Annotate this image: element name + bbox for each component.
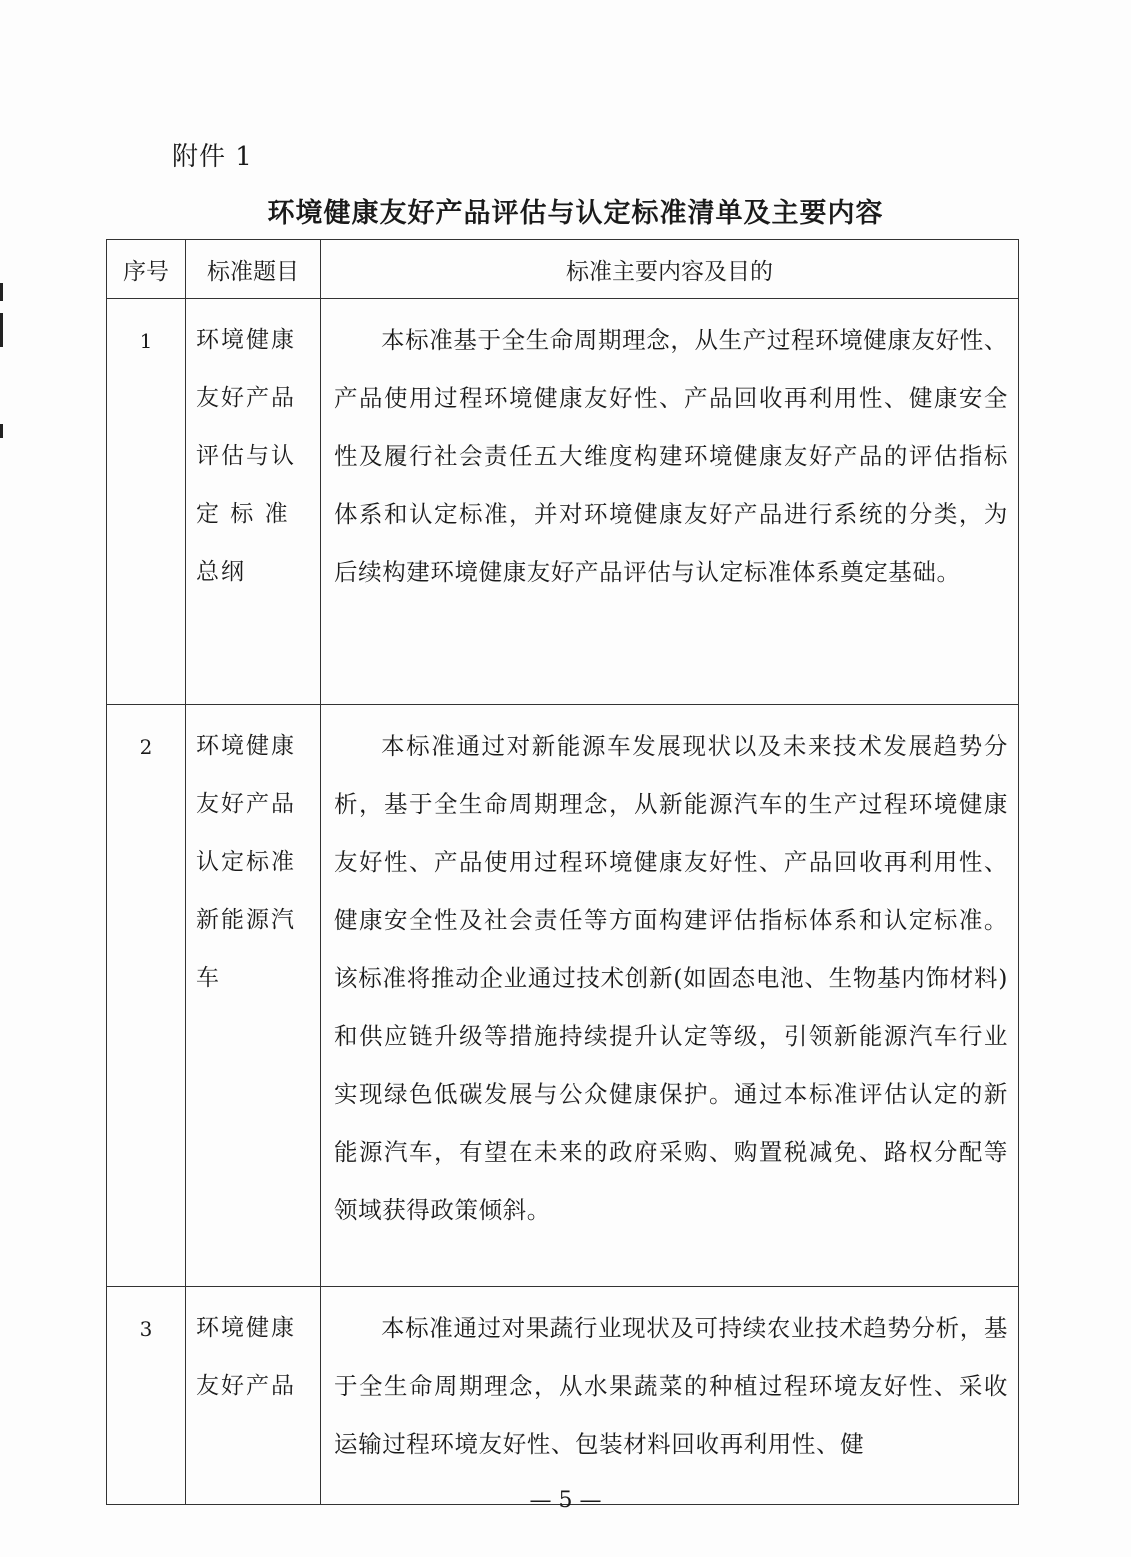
row-seq: 3 bbox=[107, 1287, 186, 1505]
topic-line: 新能源汽 bbox=[196, 891, 316, 949]
content-paragraph: 本标准通过对果蔬行业现状及可持续农业技术趋势分析，基于全生命周期理念，从水果蔬菜… bbox=[334, 1299, 1008, 1473]
row-topic: 环境健康 友好产品 评估与认 定 标 准 总纲 bbox=[186, 299, 321, 705]
topic-line: 评估与认 bbox=[196, 427, 316, 485]
table-row: 1 环境健康 友好产品 评估与认 定 标 准 总纲 本标准基于全生命周期理念，从… bbox=[107, 299, 1019, 705]
topic-line: 环境健康 bbox=[196, 1299, 316, 1357]
binding-mark bbox=[0, 424, 3, 438]
row-seq: 1 bbox=[107, 299, 186, 705]
topic-line: 友好产品 bbox=[196, 775, 316, 833]
header-topic: 标准题目 bbox=[186, 240, 321, 299]
topic-line: 环境健康 bbox=[196, 311, 316, 369]
topic-line: 友好产品 bbox=[196, 369, 316, 427]
binding-mark bbox=[0, 283, 3, 301]
row-content: 本标准基于全生命周期理念，从生产过程环境健康友好性、产品使用过程环境健康友好性、… bbox=[321, 299, 1019, 705]
topic-line: 总纲 bbox=[196, 543, 316, 601]
table-header-row: 序号 标准题目 标准主要内容及目的 bbox=[107, 240, 1019, 299]
topic-line: 友好产品 bbox=[196, 1357, 316, 1415]
row-content: 本标准通过对果蔬行业现状及可持续农业技术趋势分析，基于全生命周期理念，从水果蔬菜… bbox=[321, 1287, 1019, 1505]
row-topic: 环境健康 友好产品 认定标准 新能源汽 车 bbox=[186, 705, 321, 1287]
document-title: 环境健康友好产品评估与认定标准清单及主要内容 bbox=[0, 191, 1131, 230]
row-topic: 环境健康 友好产品 bbox=[186, 1287, 321, 1505]
topic-line: 认定标准 bbox=[196, 833, 316, 891]
topic-line: 车 bbox=[196, 949, 316, 1007]
page-number: — 5 — bbox=[0, 1488, 1131, 1513]
header-content: 标准主要内容及目的 bbox=[321, 240, 1019, 299]
table-row: 2 环境健康 友好产品 认定标准 新能源汽 车 本标准通过对新能源车发展现状以及… bbox=[107, 705, 1019, 1287]
standards-table: 序号 标准题目 标准主要内容及目的 1 环境健康 友好产品 评估与认 定 标 准… bbox=[106, 239, 1019, 1505]
header-seq: 序号 bbox=[107, 240, 186, 299]
table-row: 3 环境健康 友好产品 本标准通过对果蔬行业现状及可持续农业技术趋势分析，基于全… bbox=[107, 1287, 1019, 1505]
binding-mark bbox=[0, 313, 3, 347]
topic-line: 环境健康 bbox=[196, 717, 316, 775]
attachment-label: 附件 1 bbox=[172, 136, 253, 173]
content-paragraph: 本标准通过对新能源车发展现状以及未来技术发展趋势分析，基于全生命周期理念，从新能… bbox=[334, 717, 1008, 1239]
topic-line: 定 标 准 bbox=[196, 485, 316, 543]
row-seq: 2 bbox=[107, 705, 186, 1287]
row-content: 本标准通过对新能源车发展现状以及未来技术发展趋势分析，基于全生命周期理念，从新能… bbox=[321, 705, 1019, 1287]
content-paragraph: 本标准基于全生命周期理念，从生产过程环境健康友好性、产品使用过程环境健康友好性、… bbox=[334, 311, 1008, 601]
